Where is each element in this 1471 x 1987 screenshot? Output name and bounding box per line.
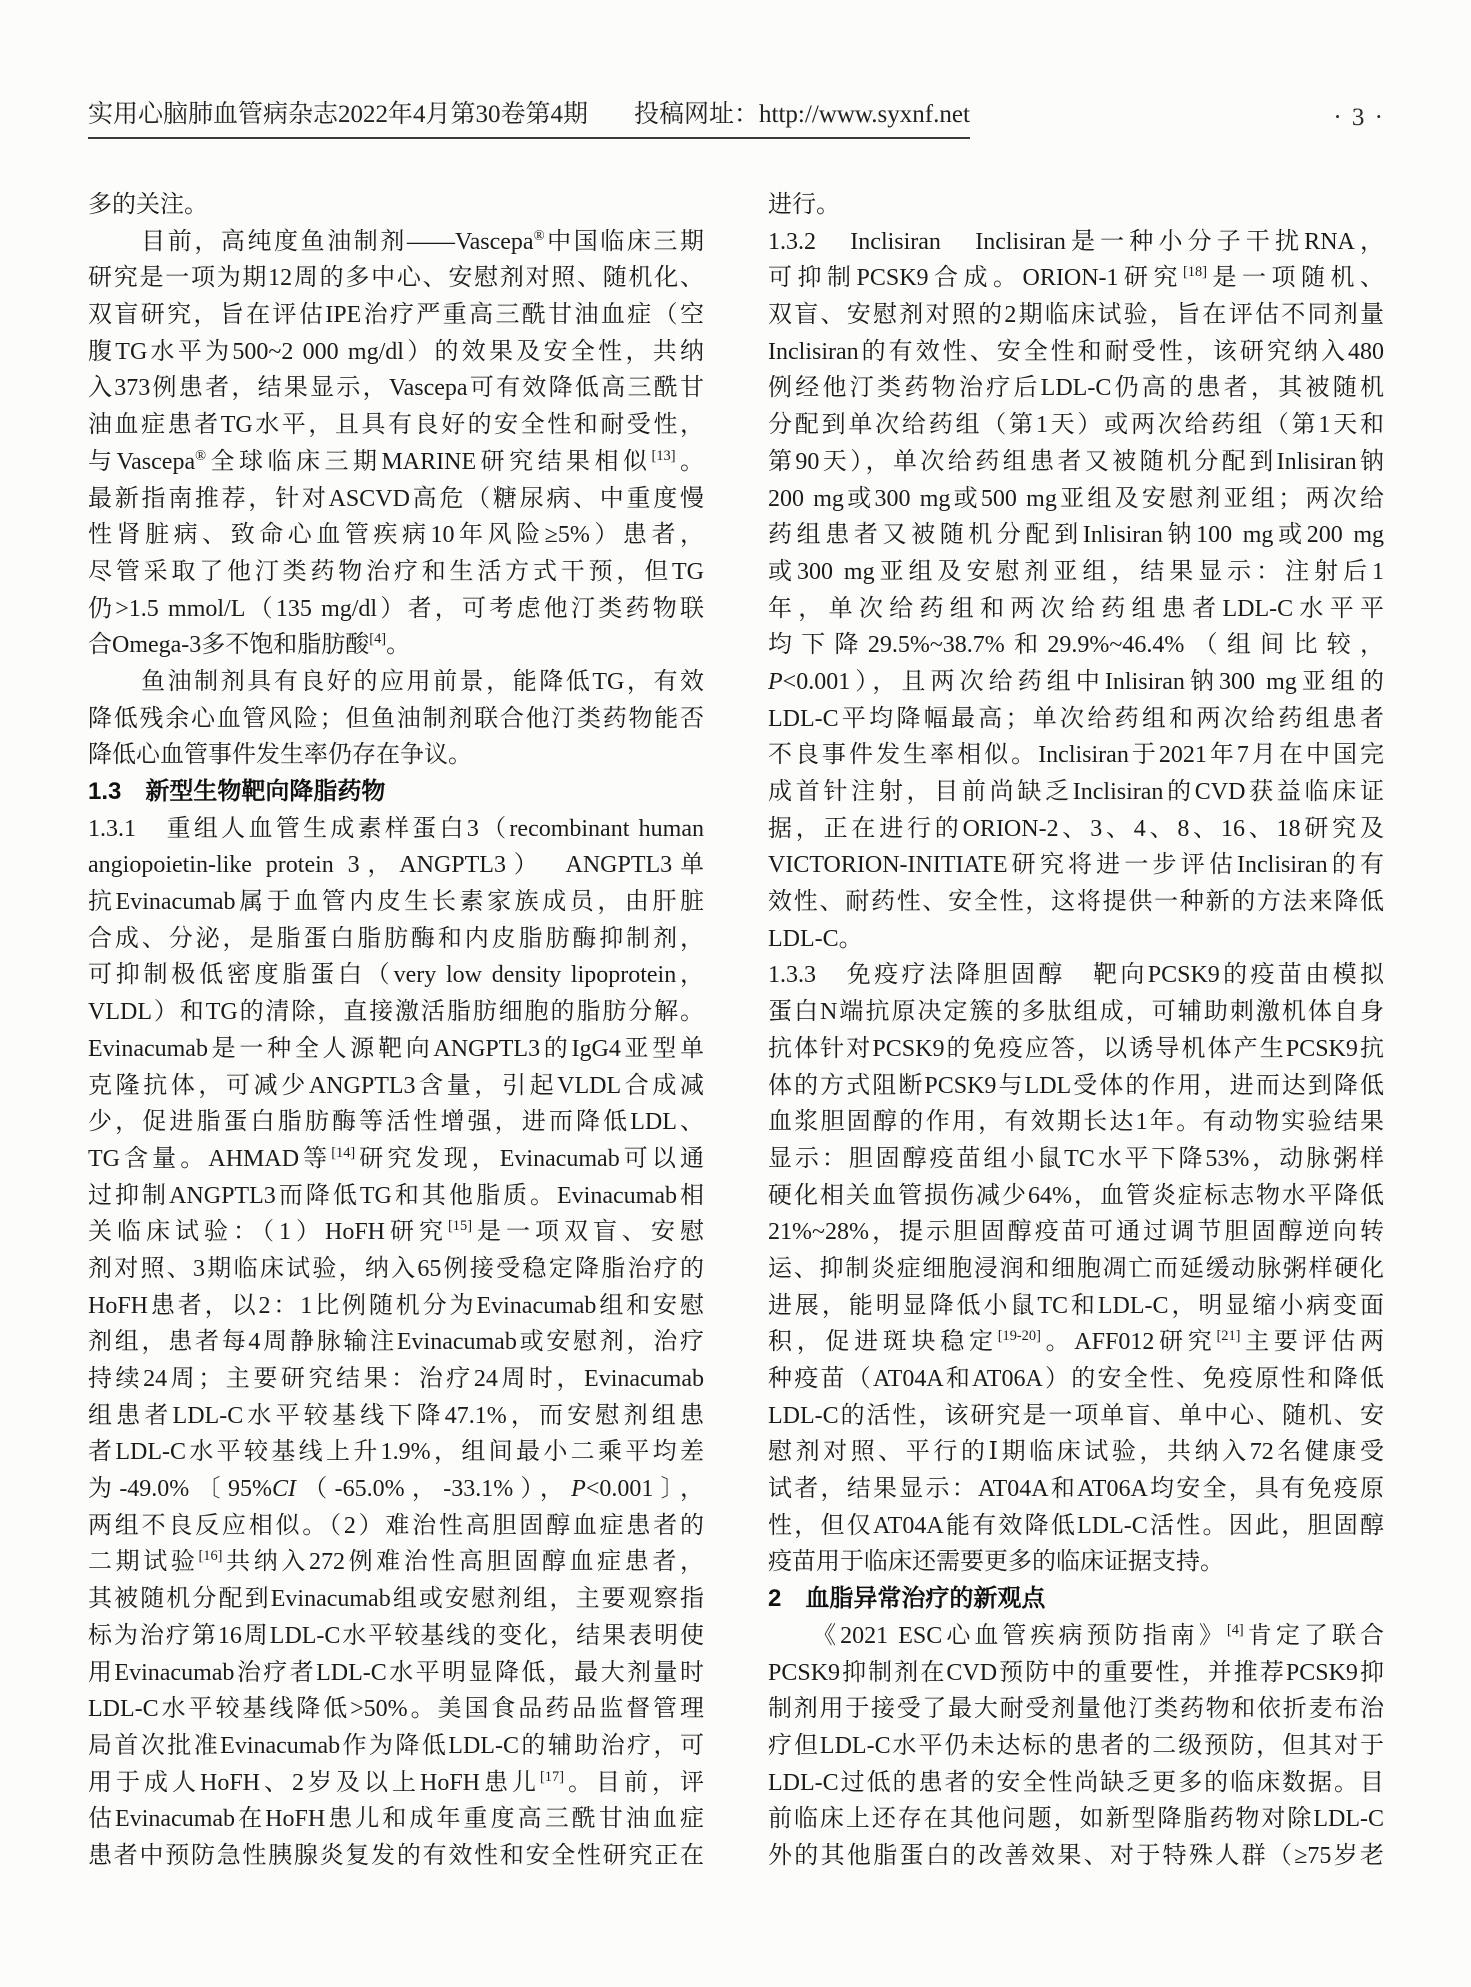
article-body: 多的关注。 目前，高纯度鱼油制剂——Vascepa®中国临床三期研究是一项为期1…: [88, 187, 1384, 1875]
text-line: LDL-C。: [768, 921, 1384, 958]
text-line: 鱼油制剂具有良好的应用前景，能降低TG，有效: [88, 664, 704, 701]
text-line: 硬化相关血管损伤减少64%，血管炎症标志物水平降低: [768, 1178, 1384, 1215]
text-line: 两组不良反应相似。（2）难治性高胆固醇血症患者的: [88, 1508, 704, 1545]
text-line: VLDL）和TG的清除，直接激活脂肪细胞的脂肪分解。: [88, 994, 704, 1031]
text-line: 制剂用于接受了最大耐受剂量他汀类药物和依折麦布治: [768, 1691, 1384, 1728]
text-line: 局首次批准Evinacumab作为降低LDL-C的辅助治疗，可: [88, 1728, 704, 1765]
text-line: 克隆抗体，可减少ANGPTL3含量，引起VLDL合成减: [88, 1068, 704, 1105]
reference-marker: [19-20]: [998, 1328, 1041, 1344]
submission-url: http://www.syxnf.net: [759, 101, 970, 128]
section-heading: 1.3 新型生物靶向降脂药物: [88, 774, 704, 811]
text-line: 试者，结果显示：AT04A和AT06A均安全，具有免疫原: [768, 1471, 1384, 1508]
text-line: 1.3.2 Inclisiran Inclisiran是一种小分子干扰RNA，: [768, 224, 1384, 261]
text-line: 《2021 ESC心血管疾病预防指南》[4]肯定了联合: [768, 1618, 1384, 1655]
left-column: 多的关注。 目前，高纯度鱼油制剂——Vascepa®中国临床三期研究是一项为期1…: [88, 187, 704, 1875]
reference-marker: [21]: [1216, 1328, 1240, 1344]
text-line: PCSK9抑制剂在CVD预防中的重要性，并推荐PCSK9抑: [768, 1655, 1384, 1692]
text-line: 或300 mg亚组及安慰剂亚组，结果显示：注射后1: [768, 554, 1384, 591]
text-line: 可抑制极低密度脂蛋白（very low density lipoprotein，: [88, 957, 704, 994]
text-line: LDL-C平均降幅最高；单次给药组和两次给药组患者: [768, 701, 1384, 738]
text-line: 多的关注。: [88, 187, 704, 224]
reference-marker: [15]: [448, 1218, 472, 1234]
reference-marker: [17]: [540, 1769, 564, 1785]
text-line: 进展，能明显降低小鼠TC和LDL-C，明显缩小病变面: [768, 1288, 1384, 1325]
text-line: 显示：胆固醇疫苗组小鼠TC水平下降53%，动脉粥样: [768, 1141, 1384, 1178]
text-line: P<0.001），且两次给药组中Inlisiran钠300 mg亚组的: [768, 664, 1384, 701]
text-line: 降低残余心血管风险；但鱼油制剂联合他汀类药物能否: [88, 701, 704, 738]
text-line: 与Vascepa®全球临床三期MARINE研究结果相似[13]。: [88, 444, 704, 481]
section-heading: 2 血脂异常治疗的新观点: [768, 1581, 1384, 1618]
reference-marker: [18]: [1183, 264, 1207, 280]
registered-mark: ®: [534, 228, 545, 244]
text-line: 双盲、安慰剂对照的2期临床试验，旨在评估不同剂量: [768, 297, 1384, 334]
text-line: 用于成人HoFH、2岁及以上HoFH患儿[17]。目前，评: [88, 1765, 704, 1802]
text-line: 效性、耐药性、安全性，这将提供一种新的方法来降低: [768, 884, 1384, 921]
text-line: 目前，高纯度鱼油制剂——Vascepa®中国临床三期: [88, 224, 704, 261]
text-line: 进行。: [768, 187, 1384, 224]
submission-site: 投稿网址：http://www.syxnf.net: [634, 94, 970, 130]
registered-mark: ®: [195, 448, 206, 464]
text-line: LDL-C过低的患者的安全性尚缺乏更多的临床数据。目: [768, 1765, 1384, 1802]
text-line: 合Omega-3多不饱和脂肪酸[4]。: [88, 627, 704, 664]
text-line: 疗但LDL-C水平仍未达标的患者的二级预防，但其对于: [768, 1728, 1384, 1765]
text-line: 可抑制PCSK9合成。ORION-1研究[18]是一项随机、: [768, 260, 1384, 297]
reference-marker: [14]: [331, 1145, 355, 1161]
text-line: 为-49.0%〔95%CI（-65.0%，-33.1%），P<0.001〕，: [88, 1471, 704, 1508]
text-line: 年，单次给药组和两次给药组患者LDL-C水平平: [768, 591, 1384, 628]
text-line: Inclisiran的有效性、安全性和耐受性，该研究纳入480: [768, 334, 1384, 371]
text-line: 二期试验[16]共纳入272例难治性高胆固醇血症患者，: [88, 1544, 704, 1581]
text-line: 据，正在进行的ORION-2、3、4、8、16、18研究及: [768, 811, 1384, 848]
text-line: 持续24周；主要研究结果：治疗24周时，Evinacumab: [88, 1361, 704, 1398]
text-line: 过抑制ANGPTL3而降低TG和其他脂质。Evinacumab相: [88, 1178, 704, 1215]
text-line: 种疫苗（AT04A和AT06A）的安全性、免疫原性和降低: [768, 1361, 1384, 1398]
text-line: 血浆胆固醇的作用，有效期长达1年。有动物实验结果: [768, 1104, 1384, 1141]
page-number: · 3 ·: [1333, 104, 1385, 139]
text-line: 其被随机分配到Evinacumab组或安慰剂组，主要观察指: [88, 1581, 704, 1618]
text-line: 双盲研究，旨在评估IPE治疗严重高三酰甘油血症（空: [88, 297, 704, 334]
text-line: 外的其他脂蛋白的改善效果、对于特殊人群（≥75岁老: [768, 1838, 1384, 1875]
text-line: 用Evinacumab治疗者LDL-C水平明显降低，最大剂量时: [88, 1655, 704, 1692]
reference-marker: [4]: [1227, 1622, 1244, 1638]
text-line: TG含量。AHMAD等[14]研究发现，Evinacumab可以通: [88, 1141, 704, 1178]
text-line: 少，促进脂蛋白脂肪酶等活性增强，进而降低LDL、: [88, 1104, 704, 1141]
text-line: 抗Evinacumab属于血管内皮生长素家族成员，由肝脏: [88, 884, 704, 921]
text-line: 不良事件发生率相似。Inclisiran于2021年7月在中国完: [768, 737, 1384, 774]
text-line: HoFH患者，以2：1比例随机分为Evinacumab组和安慰: [88, 1288, 704, 1325]
header-rule-group: 实用心脑肺血管病杂志2022年4月第30卷第4期 投稿网址：http://www…: [88, 94, 970, 139]
text-line: 运、抑制炎症细胞浸润和细胞凋亡而延缓动脉粥样硬化: [768, 1251, 1384, 1288]
text-line: 1.3.1 重组人血管生成素样蛋白3（recombinant human: [88, 811, 704, 848]
text-line: 仍>1.5 mmol/L（135 mg/dl）者，可考虑他汀类药物联: [88, 591, 704, 628]
text-line: 前临床上还存在其他问题，如新型降脂药物对除LDL-C: [768, 1801, 1384, 1838]
text-line: LDL-C的活性，该研究是一项单盲、单中心、随机、安: [768, 1398, 1384, 1435]
text-line: 剂组，患者每4周静脉输注Evinacumab或安慰剂，治疗: [88, 1324, 704, 1361]
text-line: 最新指南推荐，针对ASCVD高危（糖尿病、中重度慢: [88, 481, 704, 518]
text-line: LDL-C水平较基线降低>50%。美国食品药品监督管理: [88, 1691, 704, 1728]
text-line: 疫苗用于临床还需要更多的临床证据支持。: [768, 1544, 1384, 1581]
text-line: 入373例患者，结果显示，Vascepa可有效降低高三酰甘: [88, 370, 704, 407]
text-line: 分配到单次给药组（第1天）或两次给药组（第1天和: [768, 407, 1384, 444]
text-line: 慰剂对照、平行的Ⅰ期临床试验，共纳入72名健康受: [768, 1434, 1384, 1471]
text-line: 组患者LDL-C水平较基线下降47.1%，而安慰剂组患: [88, 1398, 704, 1435]
text-line: 第90天），单次给药组患者又被随机分配到Inlisiran钠: [768, 444, 1384, 481]
text-line: 尽管采取了他汀类药物治疗和生活方式干预，但TG: [88, 554, 704, 591]
reference-marker: [4]: [369, 631, 386, 647]
text-line: 性，但仅AT04A能有效降低LDL-C活性。因此，胆固醇: [768, 1508, 1384, 1545]
text-line: 降低心血管事件发生率仍存在争议。: [88, 737, 704, 774]
right-column: 进行。1.3.2 Inclisiran Inclisiran是一种小分子干扰RN…: [768, 187, 1384, 1875]
journal-citation: 实用心脑肺血管病杂志2022年4月第30卷第4期: [88, 94, 588, 130]
text-line: 合成、分泌，是脂蛋白脂肪酶和内皮脂肪酶抑制剂，: [88, 921, 704, 958]
text-line: 体的方式阻断PCSK9与LDL受体的作用，进而达到降低: [768, 1068, 1384, 1105]
submission-label: 投稿网址：: [634, 101, 759, 128]
text-line: 估Evinacumab在HoFH患儿和成年重度高三酰甘油血症: [88, 1801, 704, 1838]
text-line: 腹TG水平为500~2 000 mg/dl）的效果及安全性，共纳: [88, 334, 704, 371]
text-line: 均下降29.5%~38.7%和29.9%~46.4%（组间比较，: [768, 627, 1384, 664]
text-line: 成首针注射，目前尚缺乏Inclisiran的CVD获益临床证: [768, 774, 1384, 811]
page-header: 实用心脑肺血管病杂志2022年4月第30卷第4期 投稿网址：http://www…: [88, 94, 1385, 139]
journal-page: 实用心脑肺血管病杂志2022年4月第30卷第4期 投稿网址：http://www…: [0, 0, 1471, 1987]
text-line: 药组患者又被随机分配到Inlisiran钠100 mg或200 mg: [768, 517, 1384, 554]
text-line: 者LDL-C水平较基线上升1.9%，组间最小二乘平均差: [88, 1434, 704, 1471]
text-line: 剂对照、3期临床试验，纳入65例接受稳定降脂治疗的: [88, 1251, 704, 1288]
text-line: Evinacumab是一种全人源靶向ANGPTL3的IgG4亚型单: [88, 1031, 704, 1068]
text-line: 200 mg或300 mg或500 mg亚组及安慰剂亚组；两次给: [768, 481, 1384, 518]
reference-marker: [16]: [198, 1548, 222, 1564]
text-line: 蛋白N端抗原决定簇的多肽组成，可辅助刺激机体自身: [768, 994, 1384, 1031]
text-line: 关临床试验：（1）HoFH研究[15]是一项双盲、安慰: [88, 1214, 704, 1251]
text-line: 抗体针对PCSK9的免疫应答，以诱导机体产生PCSK9抗: [768, 1031, 1384, 1068]
text-line: 性肾脏病、致命心血管疾病10年风险≥5%）患者，: [88, 517, 704, 554]
text-line: 研究是一项为期12周的多中心、安慰剂对照、随机化、: [88, 260, 704, 297]
reference-marker: [13]: [652, 448, 676, 464]
text-line: angiopoietin-like protein 3，ANGPTL3） ANG…: [88, 847, 704, 884]
text-line: 21%~28%，提示胆固醇疫苗可通过调节胆固醇逆向转: [768, 1214, 1384, 1251]
text-line: VICTORION-INITIATE研究将进一步评估Inclisiran的有: [768, 847, 1384, 884]
text-line: 患者中预防急性胰腺炎复发的有效性和安全性研究正在: [88, 1838, 704, 1875]
text-line: 油血症患者TG水平，且具有良好的安全性和耐受性，: [88, 407, 704, 444]
text-line: 积，促进斑块稳定[19-20]。AFF012研究[21]主要评估两: [768, 1324, 1384, 1361]
text-line: 例经他汀类药物治疗后LDL-C仍高的患者，其被随机: [768, 370, 1384, 407]
text-line: 标为治疗第16周LDL-C水平较基线的变化，结果表明使: [88, 1618, 704, 1655]
text-line: 1.3.3 免疫疗法降胆固醇 靶向PCSK9的疫苗由模拟: [768, 957, 1384, 994]
